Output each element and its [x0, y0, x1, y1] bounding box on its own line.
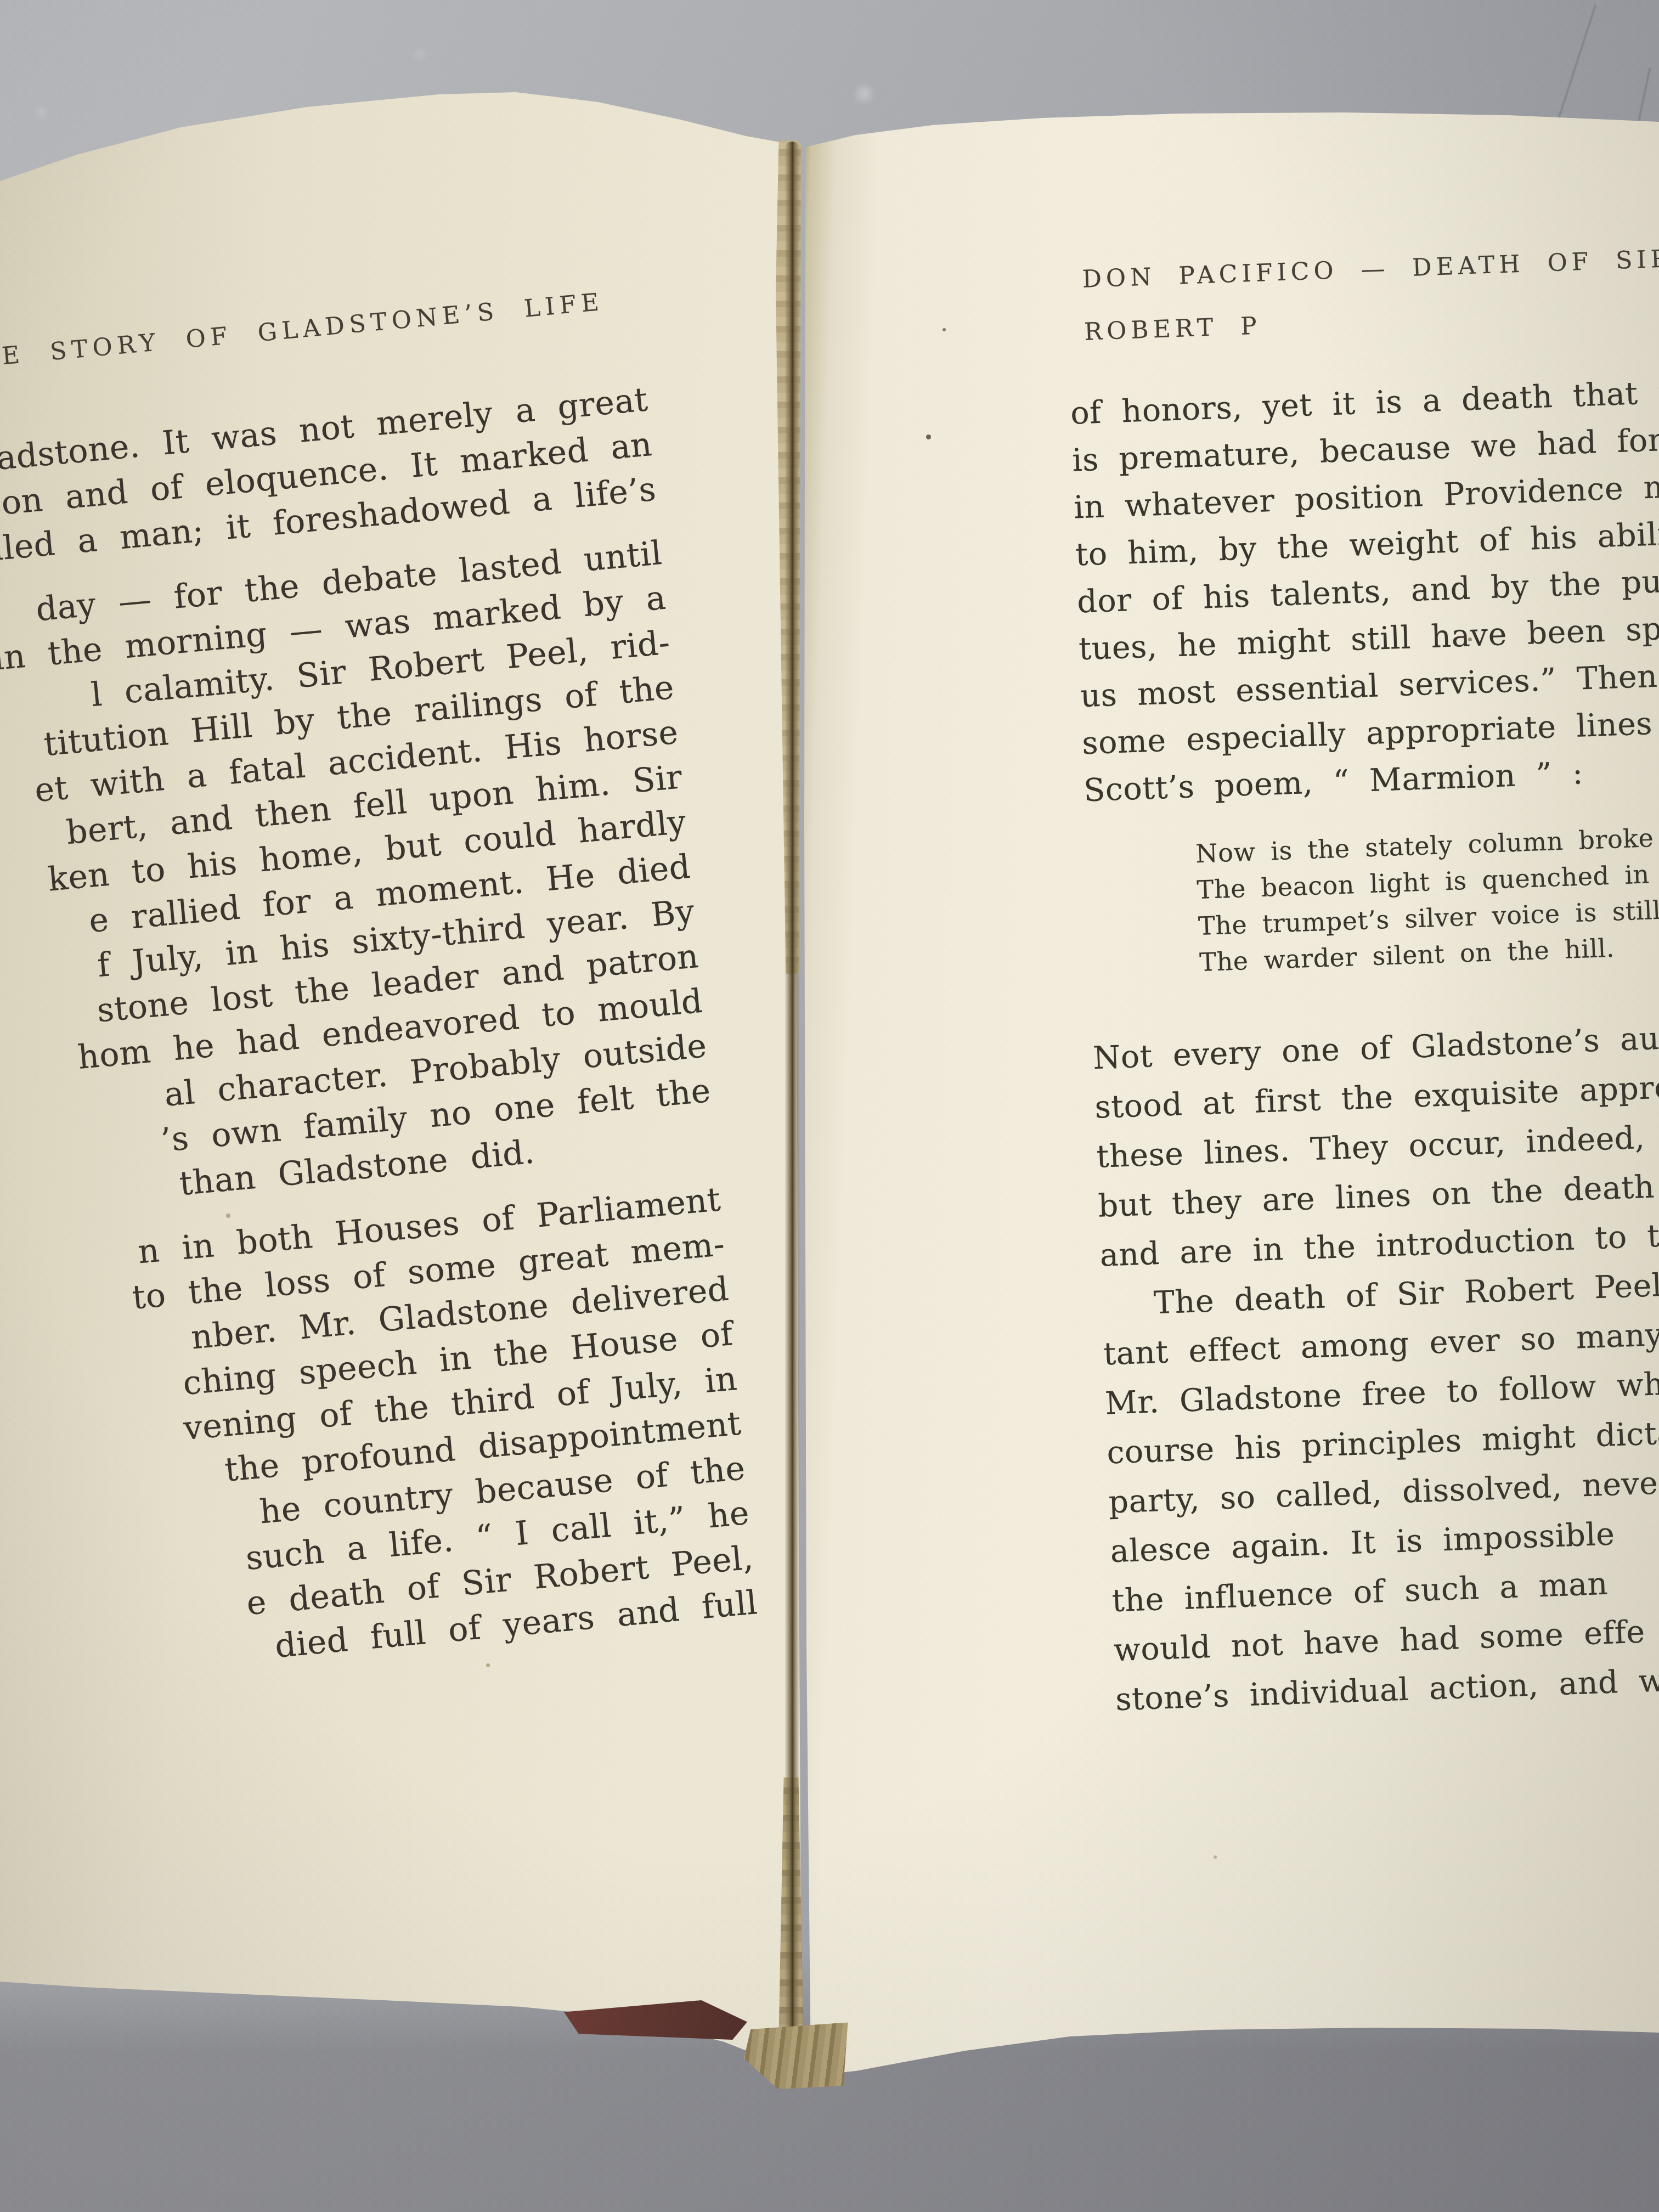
right-page-text: DON PACIFICO — DEATH OF SIR ROBERT P of … — [1065, 231, 1659, 1724]
page-speck — [486, 1663, 490, 1667]
page-speck — [926, 435, 931, 439]
page-speck — [1214, 1855, 1217, 1859]
right-running-header: DON PACIFICO — DEATH OF SIR ROBERT P — [1081, 231, 1659, 359]
left-paragraph-3: n in both Houses of Parliamentto the los… — [0, 1177, 759, 1711]
dust-speck — [416, 50, 424, 58]
right-paragraph-3: The death of Sir Robert Peel htant effec… — [1101, 1257, 1659, 1724]
spine-gutter-crease — [785, 142, 800, 2077]
left-paragraph-2: day — for the debate lasted untilin the … — [0, 531, 717, 1243]
dust-speck — [857, 87, 871, 101]
marmion-poem-quote: Now is the stately column broke ;The bea… — [1195, 816, 1659, 980]
dust-speck — [36, 108, 46, 117]
right-paragraph-2: Not every one of Gladstone’s audstood at… — [1092, 1011, 1659, 1280]
left-page-text: HE STORY OF GLADSTONE’S LIFE adstone. It… — [0, 274, 759, 1711]
right-paragraph-1: of honors, yet it is a death that in hum… — [1070, 367, 1659, 814]
book-photo: HE STORY OF GLADSTONE’S LIFE adstone. It… — [0, 0, 1659, 2212]
page-speck — [943, 328, 946, 331]
